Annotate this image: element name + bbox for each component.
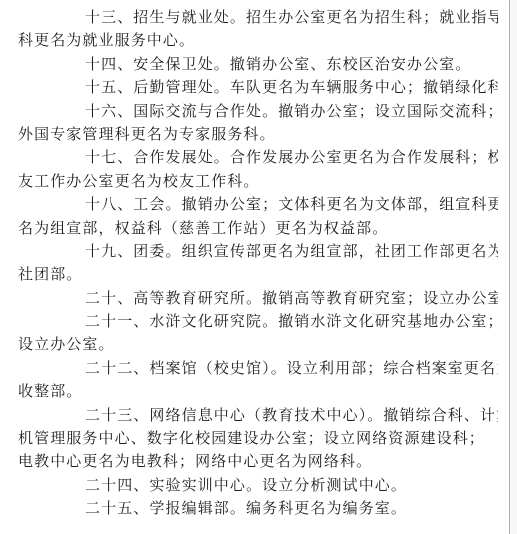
- doc-line: 收整部。: [18, 381, 498, 404]
- paragraph-24: 二十四、实验实训中心。设立分析测试中心。: [18, 475, 498, 498]
- doc-line: 十六、国际交流与合作处。撤销办公室；设立国际交流科；: [18, 101, 498, 124]
- doc-line: 友工作办公室更名为校友工作科。: [18, 171, 498, 194]
- paragraph-13: 十三、招生与就业处。招生办公室更名为招生科；就业指导 科更名为就业服务中心。: [18, 7, 498, 54]
- page-edge: [509, 0, 517, 534]
- paragraph-22: 二十二、档案馆（校史馆）。设立利用部；综合档案室更名为 收整部。: [18, 358, 498, 405]
- doc-line: 二十、高等教育研究所。撤销高等教育研究室；设立办公室。: [18, 288, 498, 311]
- document-body: 十三、招生与就业处。招生办公室更名为招生科；就业指导 科更名为就业服务中心。 十…: [18, 7, 498, 522]
- doc-line: 二十五、学报编辑部。编务科更名为编务室。: [18, 498, 498, 521]
- paragraph-15: 十五、后勤管理处。车队更名为车辆服务中心；撤销绿化科。: [18, 77, 498, 100]
- doc-line: 十三、招生与就业处。招生办公室更名为招生科；就业指导: [18, 7, 498, 30]
- doc-line: 十五、后勤管理处。车队更名为车辆服务中心；撤销绿化科。: [18, 77, 498, 100]
- doc-line: 十九、团委。组织宣传部更名为组宣部，社团工作部更名为: [18, 241, 498, 264]
- doc-line: 外国专家管理科更名为专家服务科。: [18, 124, 498, 147]
- doc-line: 科更名为就业服务中心。: [18, 30, 498, 53]
- paragraph-25: 二十五、学报编辑部。编务科更名为编务室。: [18, 498, 498, 521]
- doc-line: 十四、安全保卫处。撤销办公室、东校区治安办公室。: [18, 54, 498, 77]
- doc-line: 二十三、网络信息中心（教育技术中心）。撤销综合科、计算: [18, 405, 498, 428]
- paragraph-23: 二十三、网络信息中心（教育技术中心）。撤销综合科、计算 机管理服务中心、数字化校…: [18, 405, 498, 475]
- paragraph-20: 二十、高等教育研究所。撤销高等教育研究室；设立办公室。: [18, 288, 498, 311]
- paragraph-21: 二十一、水浒文化研究院。撤销水浒文化研究基地办公室； 设立办公室。: [18, 311, 498, 358]
- doc-line: 二十二、档案馆（校史馆）。设立利用部；综合档案室更名为: [18, 358, 498, 381]
- doc-line: 名为组宣部，权益科（慈善工作站）更名为权益部。: [18, 218, 498, 241]
- doc-line: 社团部。: [18, 264, 498, 287]
- doc-line: 十七、合作发展处。合作发展办公室更名为合作发展科；校: [18, 147, 498, 170]
- doc-line: 二十四、实验实训中心。设立分析测试中心。: [18, 475, 498, 498]
- paragraph-14: 十四、安全保卫处。撤销办公室、东校区治安办公室。: [18, 54, 498, 77]
- doc-line: 设立办公室。: [18, 334, 498, 357]
- paragraph-16: 十六、国际交流与合作处。撤销办公室；设立国际交流科； 外国专家管理科更名为专家服…: [18, 101, 498, 148]
- doc-line: 机管理服务中心、数字化校园建设办公室；设立网络资源建设科；: [18, 428, 498, 451]
- paragraph-19: 十九、团委。组织宣传部更名为组宣部，社团工作部更名为 社团部。: [18, 241, 498, 288]
- doc-line: 二十一、水浒文化研究院。撤销水浒文化研究基地办公室；: [18, 311, 498, 334]
- doc-line: 十八、工会。撤销办公室；文体科更名为文体部，组宣科更: [18, 194, 498, 217]
- paragraph-17: 十七、合作发展处。合作发展办公室更名为合作发展科；校 友工作办公室更名为校友工作…: [18, 147, 498, 194]
- paragraph-18: 十八、工会。撤销办公室；文体科更名为文体部，组宣科更 名为组宣部，权益科（慈善工…: [18, 194, 498, 241]
- doc-line: 电教中心更名为电教科；网络中心更名为网络科。: [18, 451, 498, 474]
